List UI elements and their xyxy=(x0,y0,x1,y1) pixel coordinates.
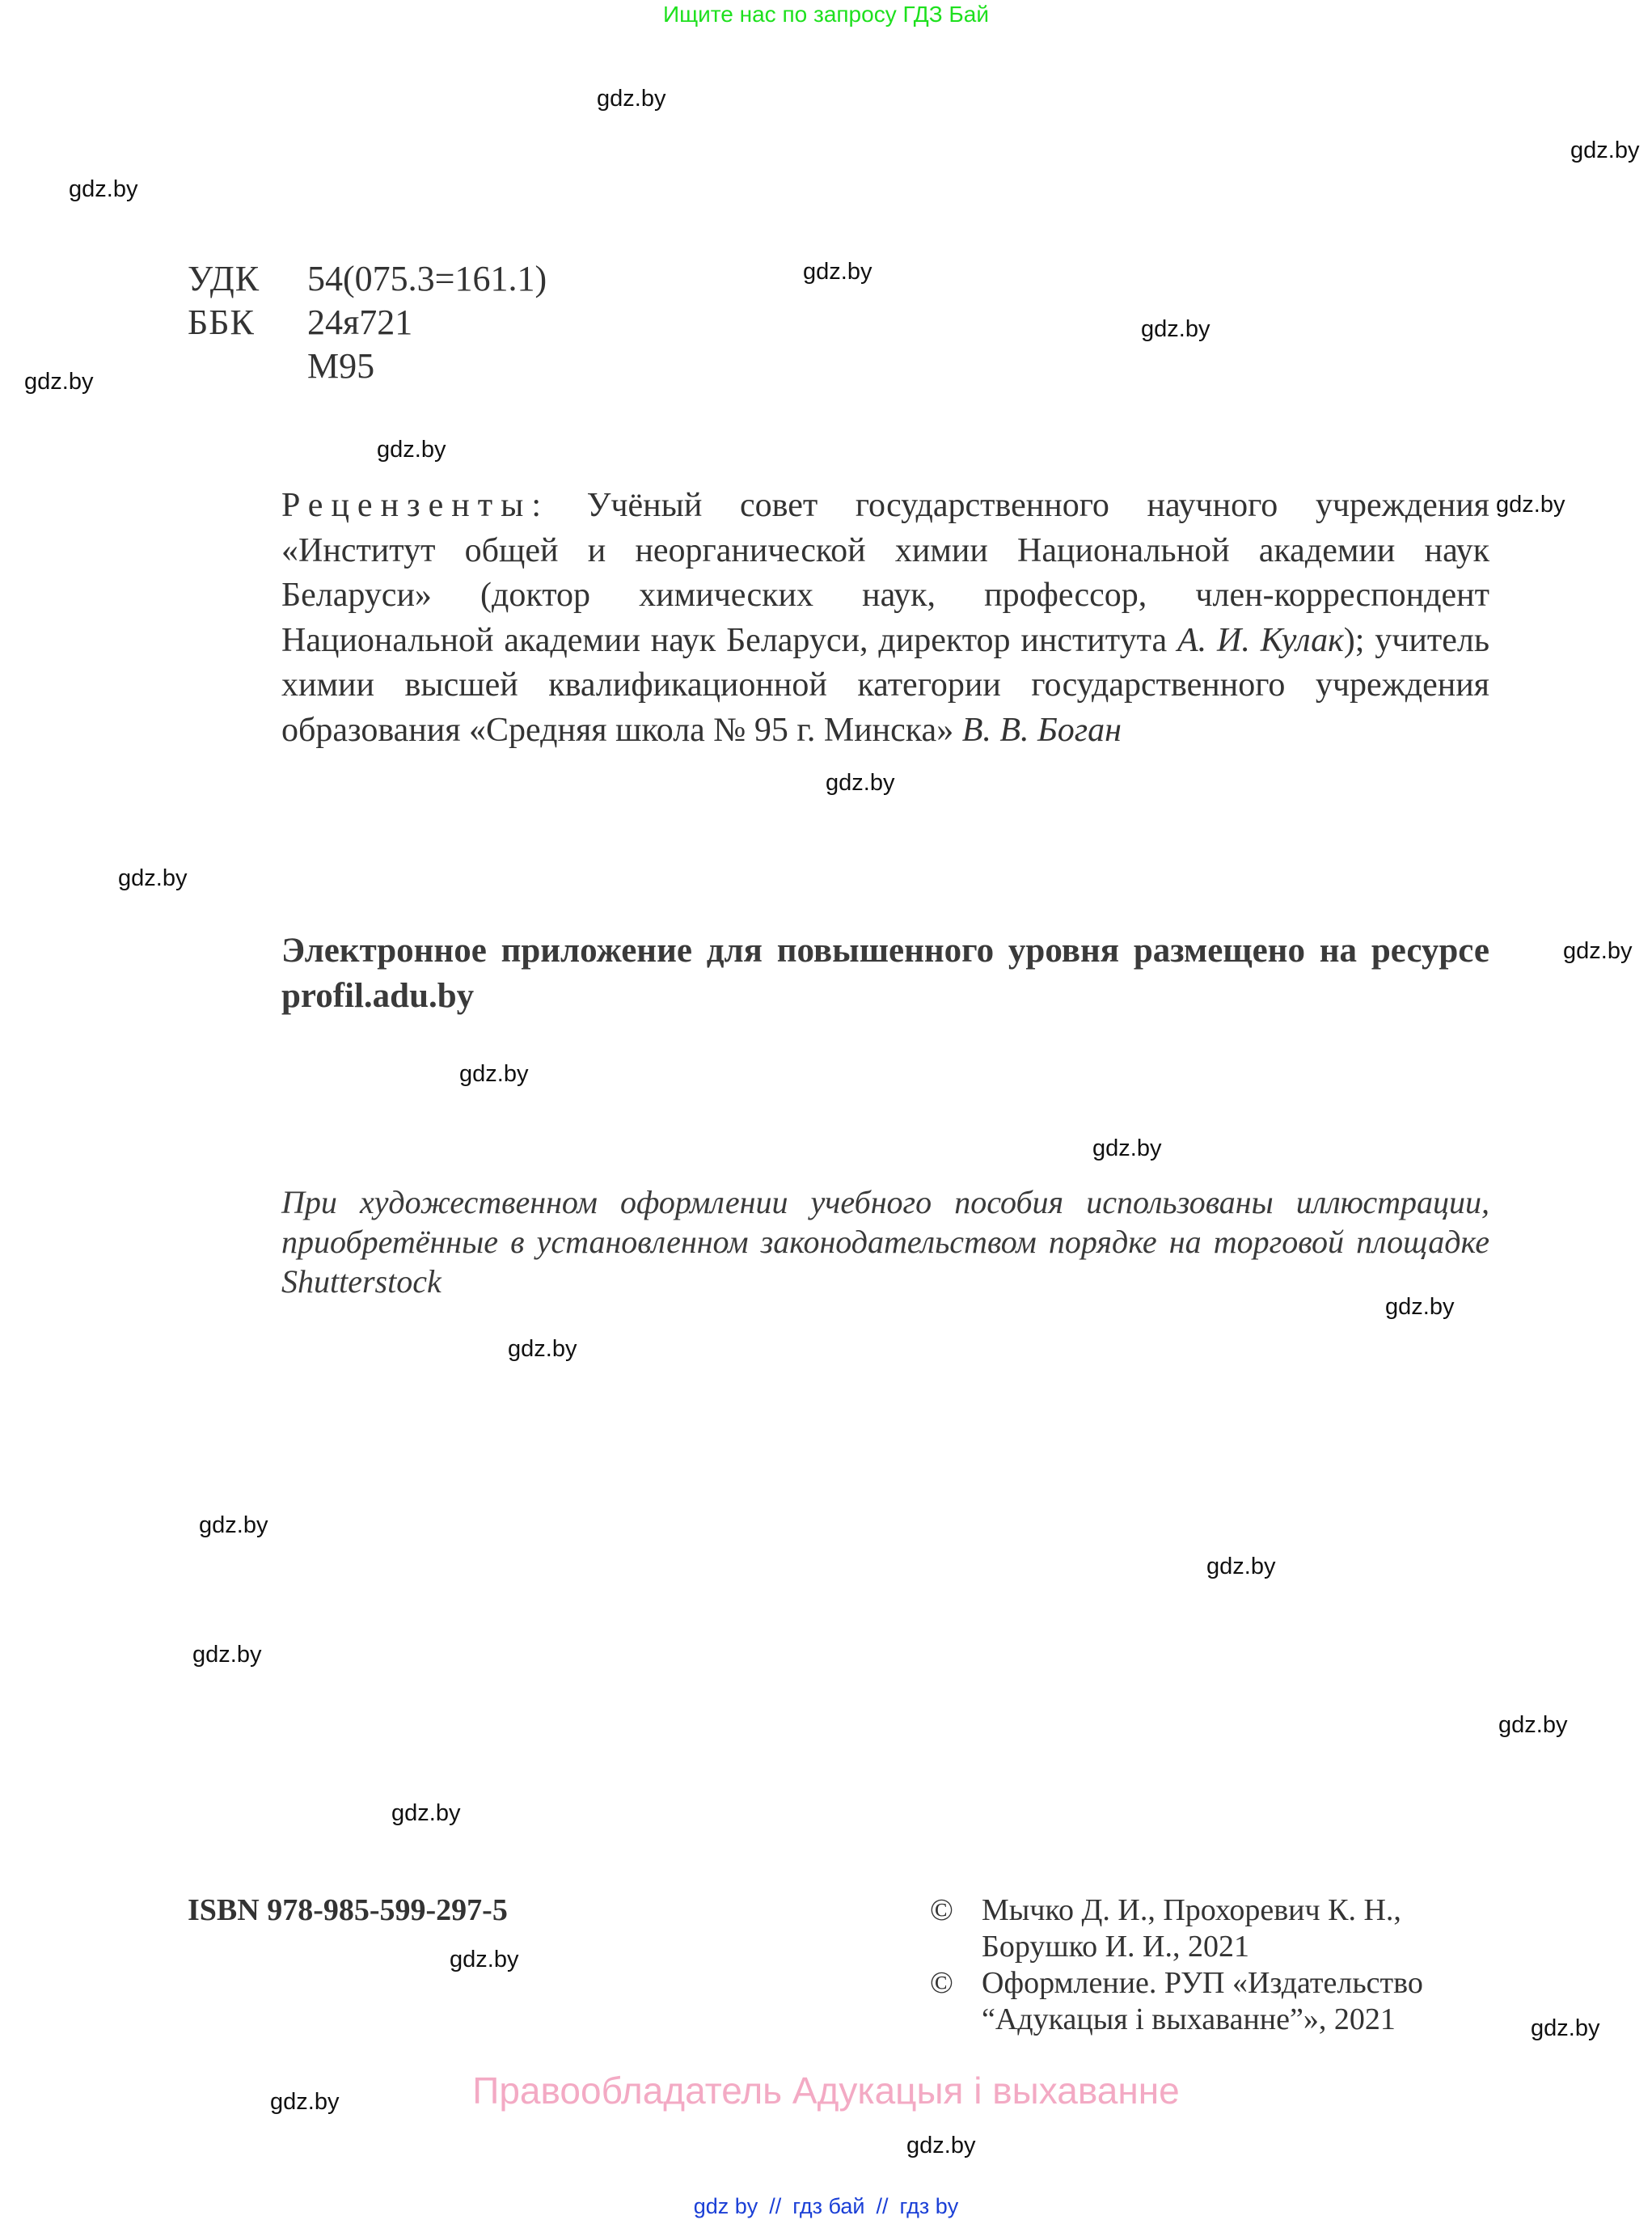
gdz-watermark: gdz.by xyxy=(1570,137,1639,164)
reviewer-name-2: В. В. Боган xyxy=(962,712,1122,749)
gdz-watermark: gdz.by xyxy=(1092,1135,1161,1162)
gdz-watermark: gdz.by xyxy=(1496,492,1565,518)
gdz-watermark: gdz.by xyxy=(199,1512,268,1539)
bbk-value: 24я721 xyxy=(307,301,412,345)
copyright-authors-line-1: Мычко Д. И., Прохоревич К. Н., xyxy=(982,1892,1401,1929)
gdz-watermark: gdz.by xyxy=(1206,1554,1275,1580)
reviewer-name-1: А. И. Кулак xyxy=(1177,622,1344,659)
illustrations-note: При художественном оформлении учебного п… xyxy=(281,1182,1489,1301)
catalog-codes: УДК 54(075.3=161.1) ББК 24я721 М95 xyxy=(188,257,547,388)
isbn: ISBN 978-985-599-297-5 xyxy=(188,1892,508,1928)
gdz-watermark: gdz.by xyxy=(1385,1294,1454,1321)
gdz-watermark: gdz.by xyxy=(24,369,93,395)
author-mark-value: М95 xyxy=(307,345,374,388)
author-mark-row: М95 xyxy=(188,345,547,388)
gdz-watermark: gdz.by xyxy=(69,176,137,203)
bbk-row: ББК 24я721 xyxy=(188,301,547,345)
gdz-watermark: gdz.by xyxy=(192,1642,261,1668)
gdz-watermark: gdz.by xyxy=(1498,1712,1567,1739)
gdz-watermark: gdz.by xyxy=(450,1947,518,1973)
gdz-watermark: gdz.by xyxy=(1563,938,1632,965)
footer-link-gdz-by-cyr[interactable]: гдз by xyxy=(900,2194,959,2218)
author-mark-label xyxy=(188,345,307,388)
footer-link-gdz-bai[interactable]: гдз бай xyxy=(792,2194,864,2218)
copyright-icon: © xyxy=(930,1965,982,2038)
udk-label: УДК xyxy=(188,257,307,301)
gdz-watermark: gdz.by xyxy=(459,1061,528,1088)
footer-links: gdz by//гдз бай//гдз by xyxy=(0,2194,1652,2219)
copyright-design-line-2: “Адукацыя і выхаванне”», 2021 xyxy=(982,2002,1423,2038)
gdz-watermark: gdz.by xyxy=(906,2133,975,2159)
footer-separator: // xyxy=(876,2194,888,2218)
gdz-watermark: gdz.by xyxy=(597,86,665,112)
bbk-label: ББК xyxy=(188,301,307,345)
copyright-icon: © xyxy=(930,1892,982,1965)
gdz-watermark: gdz.by xyxy=(118,865,187,892)
gdz-watermark: gdz.by xyxy=(508,1336,577,1363)
reviewers-paragraph: Рецензенты: Учёный совет государственног… xyxy=(281,484,1489,753)
rights-holder-watermark: Правообладатель Адукацыя і выхаванне xyxy=(0,2069,1652,2112)
gdz-watermark: gdz.by xyxy=(826,770,894,797)
copyright-authors: © Мычко Д. И., Прохоревич К. Н., Борушко… xyxy=(930,1892,1423,1965)
gdz-watermark: gdz.by xyxy=(377,437,446,463)
copyright-authors-line-2: Борушко И. И., 2021 xyxy=(982,1929,1401,1965)
gdz-watermark: gdz.by xyxy=(803,259,872,285)
gdz-watermark: gdz.by xyxy=(1531,2015,1599,2042)
reviewers-label: Рецензенты: xyxy=(281,487,549,524)
copyright-design: © Оформление. РУП «Издательство “Адукацы… xyxy=(930,1965,1423,2038)
footer-separator: // xyxy=(769,2194,781,2218)
footer-link-gdz-by[interactable]: gdz by xyxy=(694,2194,758,2218)
gdz-watermark: gdz.by xyxy=(270,2089,339,2116)
gdz-watermark: gdz.by xyxy=(391,1800,460,1827)
copyright-design-line-1: Оформление. РУП «Издательство xyxy=(982,1965,1423,2002)
search-banner: Ищите нас по запросу ГДЗ Бай xyxy=(0,2,1652,27)
gdz-watermark: gdz.by xyxy=(1141,316,1210,343)
udk-value: 54(075.3=161.1) xyxy=(307,257,547,301)
electronic-supplement-notice: Электронное приложение для повышенного у… xyxy=(281,928,1489,1019)
copyright-block: © Мычко Д. И., Прохоревич К. Н., Борушко… xyxy=(930,1892,1423,2038)
udk-row: УДК 54(075.3=161.1) xyxy=(188,257,547,301)
